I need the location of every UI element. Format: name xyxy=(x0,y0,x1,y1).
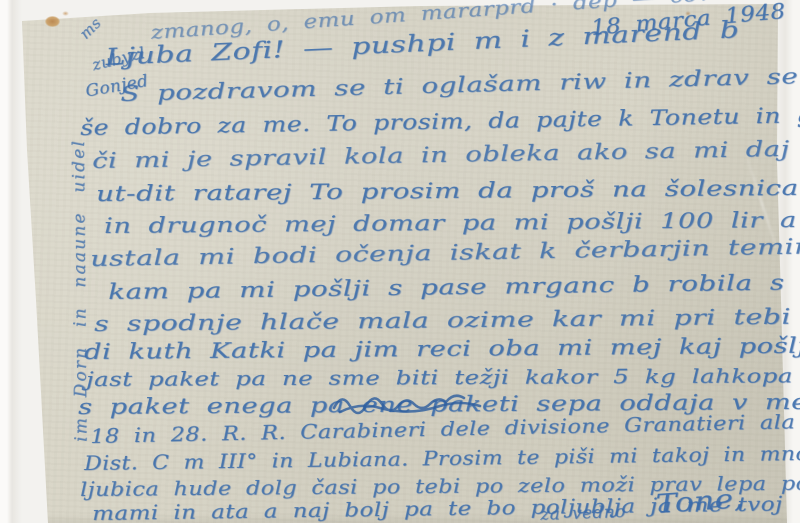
scanned-postcard: 18 marca 1948 zmanog, o, emu om mararprd… xyxy=(0,0,800,523)
margin-note-vertical: im Dorn in naaune uidel xyxy=(68,82,91,442)
signature-name: Tone, xyxy=(655,484,745,520)
crossout-scribble xyxy=(330,388,490,418)
paper-stain xyxy=(62,11,69,16)
signature-closing: za vedno xyxy=(540,502,626,523)
handwriting-line-11: jast paket pa ne sme biti težji kakor 5 … xyxy=(86,363,800,391)
